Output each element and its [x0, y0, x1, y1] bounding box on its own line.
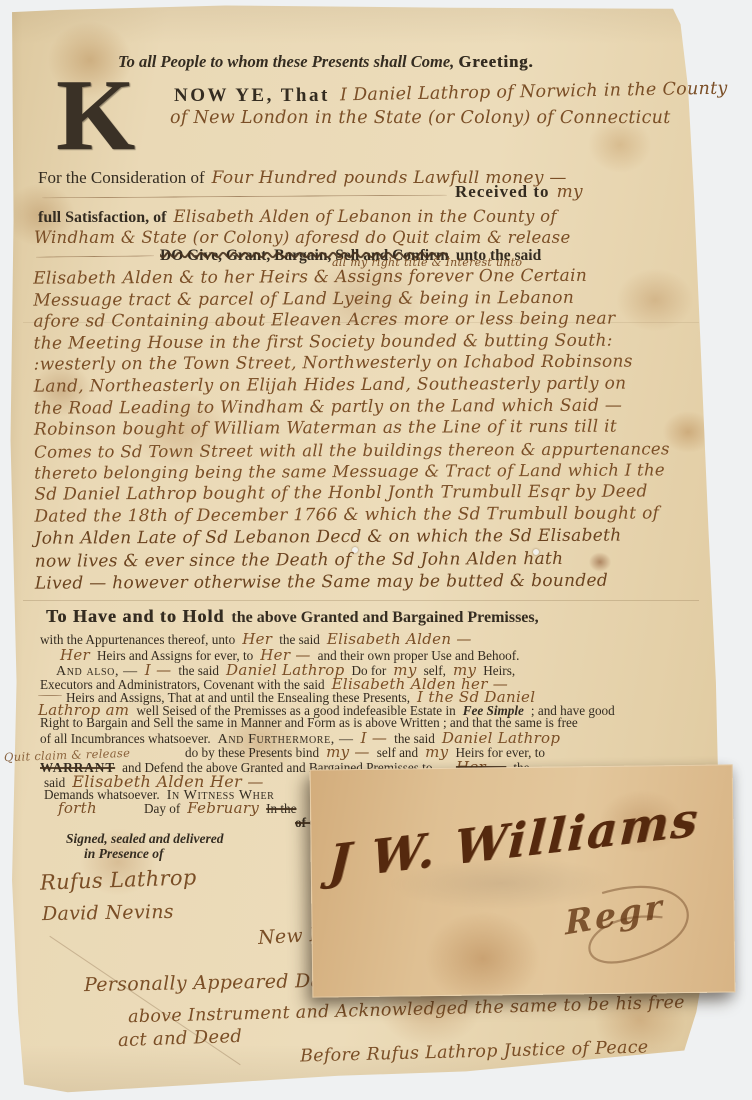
hand-seg: forth [58, 799, 97, 817]
land-line: Elisabeth Alden & to her Heirs & Assigns… [33, 265, 669, 290]
land-line: Robinson bought of William Waterman as t… [34, 416, 670, 441]
habendum-l1: To Have and to Holdthe above Granted and… [46, 606, 539, 627]
habendum-l14: forthDay ofFebruaryIn the [58, 799, 297, 817]
photo-background: To all People to whom these Presents sha… [0, 0, 752, 1100]
land-line: Lived — however otherwise the Same may b… [35, 569, 671, 595]
hand-seg: February [187, 799, 259, 817]
print-seg: the said [279, 632, 320, 647]
ack-line-3: act and Deed [118, 1026, 243, 1051]
consideration-print: For the Consideration of [38, 168, 205, 187]
print-seg: with the Appurtenances thereof, unto [40, 632, 235, 647]
witness-signature-2: David Nevins [42, 901, 174, 925]
land-line: John Alden Late of Sd Lebanon Decd & on … [35, 524, 671, 550]
know-ye-print: NOW YE, That [174, 85, 330, 107]
in-presence-line: in Presence of [84, 846, 163, 862]
header-main: To all People to whom these Presents sha… [118, 52, 454, 71]
windham-hand-line: Windham & State (or Colony) aforesd do Q… [34, 228, 571, 247]
land-description-block: Elisabeth Alden & to her Heirs & Assigns… [33, 265, 670, 595]
land-line: now lives & ever since the Death of the … [35, 547, 671, 573]
signed-sealed-line: Signed, sealed and delivered [66, 831, 223, 847]
habendum-l1-rest: the above Granted and Bargained Premisse… [231, 609, 538, 626]
signature-inset-photo: J W. Williams Regr [310, 764, 736, 997]
satisfaction-line: full Satisfaction, ofElisabeth Alden of … [38, 207, 557, 227]
struck-print: In the [266, 801, 296, 816]
land-line: Land, Northeasterly on Elijah Hides Land… [34, 373, 670, 398]
satisfaction-print: full Satisfaction, of [38, 209, 166, 226]
print-seg: Day of [144, 801, 180, 816]
ack-line-1: Personally Appeared Da [84, 970, 323, 996]
land-line: Sd Daniel Lathrop bought of the Honbl Jo… [34, 481, 670, 506]
received-hand: my [557, 182, 583, 202]
satisfaction-hand: Elisabeth Alden of Lebanon in the County… [173, 207, 556, 226]
know-ye-hand-2: of New London in the State (or Colony) o… [170, 108, 671, 128]
received-line: Received tomy [455, 182, 583, 202]
fold-crease [23, 600, 700, 601]
received-print: Received to [455, 182, 550, 201]
header-greeting: Greeting. [458, 52, 533, 71]
land-line: afore sd Containing about Eleaven Acres … [33, 309, 669, 334]
drop-cap-K: K [56, 74, 135, 158]
document-header: To all People to whom these Presents sha… [118, 52, 534, 72]
to-have-and-to-hold: To Have and to Hold [46, 606, 224, 626]
pen-stroke [38, 695, 62, 696]
